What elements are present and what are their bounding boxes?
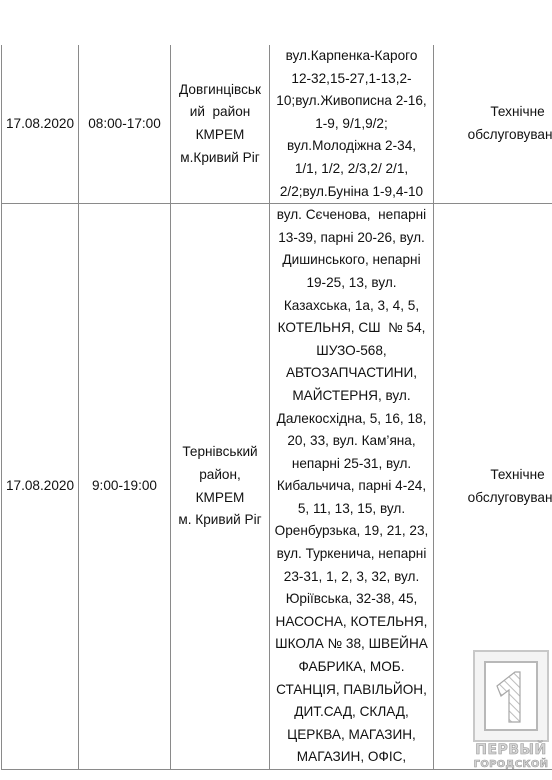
time-cell: 08:00-17:00 bbox=[79, 45, 171, 204]
text-line: Технічне bbox=[437, 101, 552, 124]
text-line: Довгинцівськ bbox=[174, 79, 266, 102]
text-line: ФАБРИКА, МОБ. bbox=[273, 656, 430, 679]
text-line: 5, 11, 13, 15, вул. bbox=[273, 498, 430, 521]
text-line: вул. Сєченова, непарні bbox=[273, 204, 430, 227]
outage-schedule-table: 17.08.2020 08:00-17:00 Довгинцівський ра… bbox=[1, 45, 552, 770]
text-line: Кибальчича, парні 4-24, bbox=[273, 475, 430, 498]
work-type-cell: Технічнеобслуговування bbox=[434, 45, 552, 204]
text-line: Технічне bbox=[437, 464, 552, 487]
area-cell: Тернівськийрайон,КМРЕМм. Кривий Ріг bbox=[171, 204, 270, 770]
text-line: ШКОЛА № 38, ШВЕЙНА bbox=[273, 633, 430, 656]
text-line: 1/1, 1/2, 2/3,2/ 2/1, bbox=[273, 158, 430, 181]
text-line: непарні 25-31, вул. bbox=[273, 453, 430, 476]
table-row: 17.08.2020 9:00-19:00 Тернівськийрайон,К… bbox=[2, 204, 552, 770]
text-line: ШУЗО-568, bbox=[273, 340, 430, 363]
text-line: обслуговування bbox=[437, 487, 552, 510]
text-line: ий район bbox=[174, 101, 266, 124]
table-row: 17.08.2020 08:00-17:00 Довгинцівський ра… bbox=[2, 45, 552, 204]
text-line: Казахська, 1а, 3, 4, 5, bbox=[273, 295, 430, 318]
text-line: м.Кривий Ріг bbox=[174, 147, 266, 170]
text-line: 2/2;вул.Буніна 1-9,4-10 bbox=[273, 181, 430, 204]
text-line: КОТЕЛЬНЯ, СШ № 54, bbox=[273, 317, 430, 340]
text-line: КМРЕМ bbox=[174, 487, 266, 510]
text-line: 10;вул.Живописна 2-16, bbox=[273, 90, 430, 113]
date-cell: 17.08.2020 bbox=[2, 204, 79, 770]
text-line: 23-31, 1, 2, 3, 32, вул. bbox=[273, 566, 430, 589]
text-line: вул.Карпенка-Карого bbox=[273, 45, 430, 68]
text-line: Юріївська, 32-38, 45, bbox=[273, 588, 430, 611]
text-line: район, bbox=[174, 464, 266, 487]
time-cell: 9:00-19:00 bbox=[79, 204, 171, 770]
text-line: КМРЕМ bbox=[174, 124, 266, 147]
area-cell: Довгинцівський районКМРЕМм.Кривий Ріг bbox=[171, 45, 270, 204]
text-line: Дишинського, непарні bbox=[273, 249, 430, 272]
address-cell: вул. Сєченова, непарні13-39, парні 20-26… bbox=[270, 204, 434, 770]
address-cell: вул.Карпенка-Карого12-32,15-27,1-13,2-10… bbox=[270, 45, 434, 204]
text-line: 20, 33, вул. Кам’яна, bbox=[273, 430, 430, 453]
text-line: Оренбурзька, 19, 21, 23, bbox=[273, 520, 430, 543]
text-line: 19-25, 13, вул. bbox=[273, 272, 430, 295]
text-line: вул. Туркенича, непарні bbox=[273, 543, 430, 566]
text-line: 1-9, 9/1,9/2; bbox=[273, 113, 430, 136]
text-line: 12-32,15-27,1-13,2- bbox=[273, 68, 430, 91]
text-line: МАЙСТЕРНЯ, вул. bbox=[273, 385, 430, 408]
text-line: Тернівський bbox=[174, 441, 266, 464]
document-page: 17.08.2020 08:00-17:00 Довгинцівський ра… bbox=[0, 0, 552, 780]
text-line: ДИТ.САД, СКЛАД, bbox=[273, 701, 430, 724]
text-line: СТАНЦІЯ, ПАВІЛЬЙОН, bbox=[273, 679, 430, 702]
text-line: м. Кривий Ріг bbox=[174, 509, 266, 532]
text-line: обслуговування bbox=[437, 124, 552, 147]
date-cell: 17.08.2020 bbox=[2, 45, 79, 204]
text-line: МАГАЗИН, ОФІС, bbox=[273, 746, 430, 769]
text-line: 13-39, парні 20-26, вул. bbox=[273, 227, 430, 250]
text-line: вул.Молодіжна 2-34, bbox=[273, 135, 430, 158]
text-line: АВТОЗАПЧАСТИНИ, bbox=[273, 362, 430, 385]
watermark-line2: ГОРОДСКОЙ bbox=[473, 759, 549, 770]
watermark-line1: ПЕРВЫЙ bbox=[473, 742, 549, 758]
text-line: ЦЕРКВА, МАГАЗИН, bbox=[273, 724, 430, 747]
text-line: НАСОСНА, КОТЕЛЬНЯ, bbox=[273, 611, 430, 634]
text-line: Далекосхідна, 5, 16, 18, bbox=[273, 408, 430, 431]
